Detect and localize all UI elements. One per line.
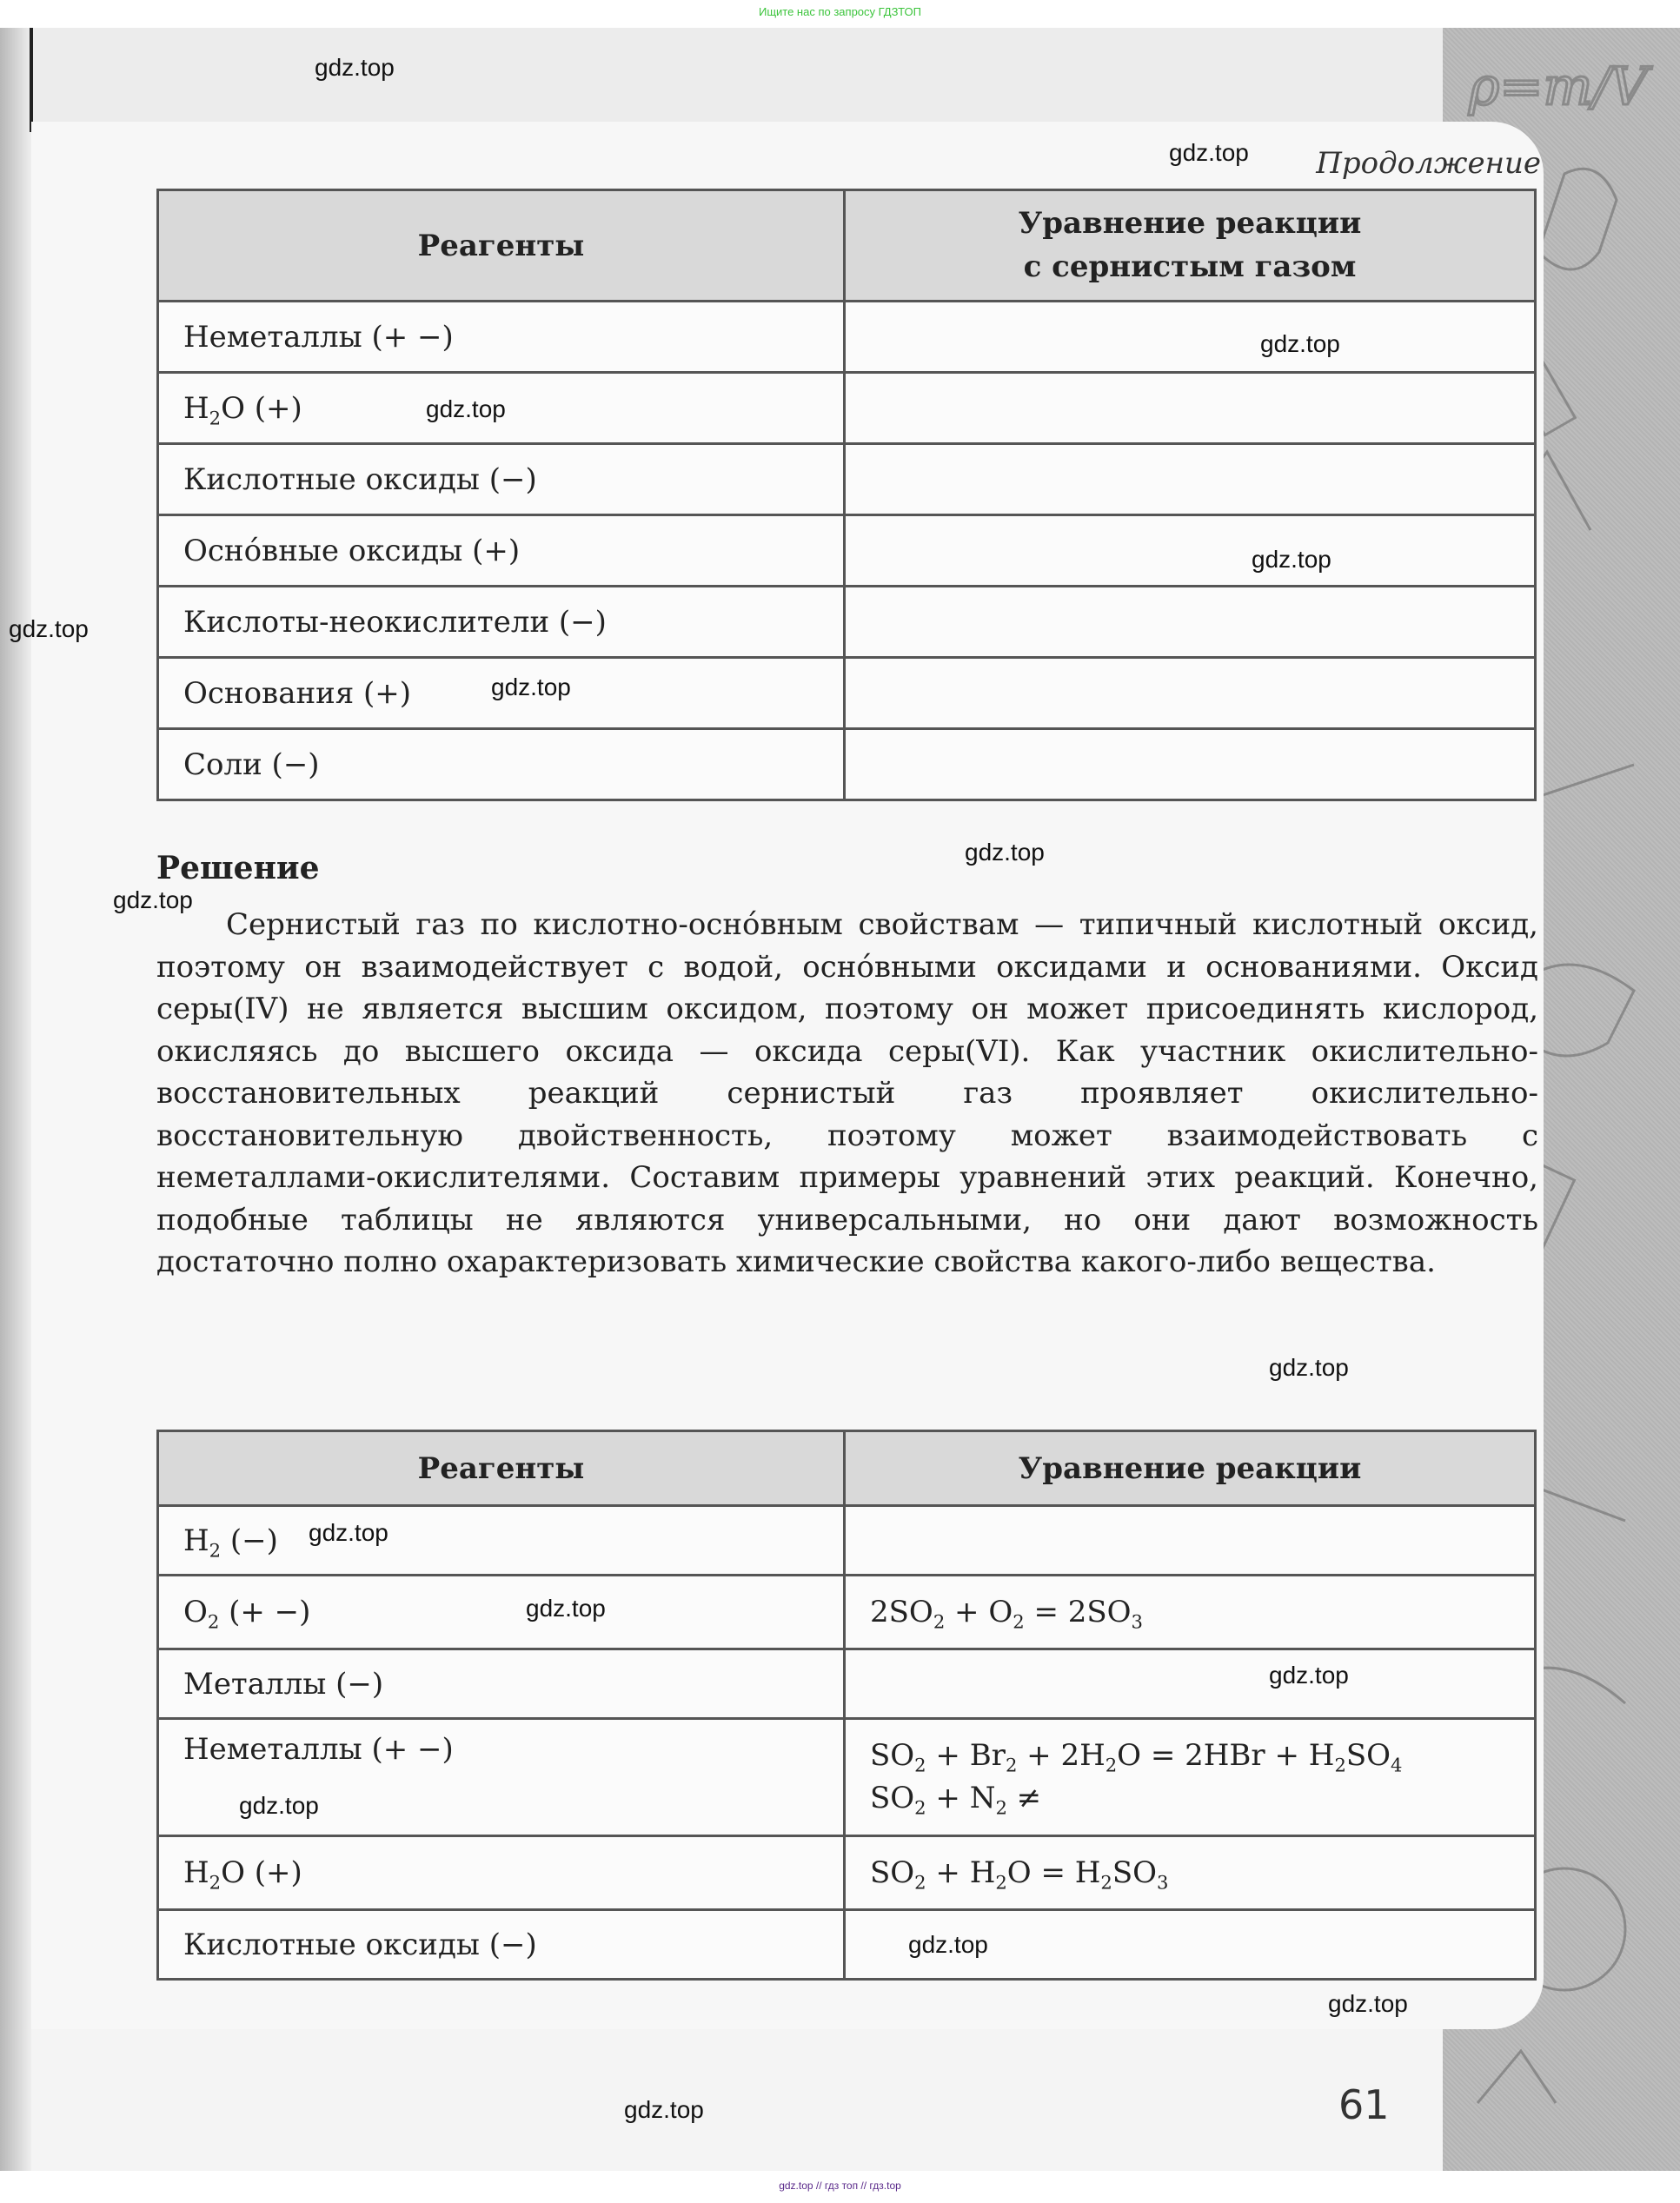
equation-cell	[845, 444, 1536, 515]
watermark: gdz.top	[1328, 1990, 1408, 2018]
reagent-cell: Осно́вные оксиды (+)	[158, 515, 845, 587]
watermark: gdz.top	[309, 1519, 388, 1547]
watermark: gdz.top	[426, 395, 506, 423]
watermark: gdz.top	[908, 1931, 988, 1959]
header-equation: Уравнение реакции	[845, 1431, 1536, 1506]
reagent-cell: H2 (−)	[158, 1506, 845, 1576]
equation-cell	[845, 658, 1536, 729]
reagent-cell: O2 (+ −)	[158, 1576, 845, 1649]
reagent-cell: Кислотные оксиды (−)	[158, 1910, 845, 1980]
solution-heading: Решение	[156, 850, 320, 886]
watermark: gdz.top	[1252, 546, 1331, 574]
table-header-row: Реагенты Уравнение реакции	[158, 1431, 1536, 1506]
page-footer	[31, 2029, 1443, 2171]
reagent-cell: H2O (+)	[158, 1836, 845, 1910]
equation-cell	[845, 1506, 1536, 1576]
equation-cell	[845, 1649, 1536, 1719]
watermark: gdz.top	[239, 1792, 319, 1820]
reagent-cell: Кислотные оксиды (−)	[158, 444, 845, 515]
page-number: 61	[1338, 2081, 1390, 2128]
binding-shadow	[30, 28, 33, 132]
equation-cell: 2SO2 + O2 = 2SO3	[845, 1576, 1536, 1649]
reagent-cell: Металлы (−)	[158, 1649, 845, 1719]
table-row: H2O (+) SO2 + H2O = H2SO3	[158, 1836, 1536, 1910]
watermark: gdz.top	[1169, 139, 1249, 167]
watermark: gdz.top	[526, 1595, 606, 1622]
continuation-label: Продолжение	[1316, 146, 1541, 181]
watermark: gdz.top	[491, 674, 571, 701]
equation-cell	[845, 515, 1536, 587]
watermark: gdz.top	[1269, 1662, 1349, 1689]
svg-text:ρ=m/V: ρ=m/V	[1468, 56, 1653, 117]
watermark: gdz.top	[315, 54, 395, 82]
reagent-cell: Соли (−)	[158, 729, 845, 800]
header-reagents: Реагенты	[158, 1431, 845, 1506]
bottom-links[interactable]: gdz.top // гдз топ // гдз.top	[0, 2180, 1680, 2192]
table-row: Кислоты-неокислители (−)	[158, 587, 1536, 658]
header-reagents: Реагенты	[158, 190, 845, 302]
watermark: gdz.top	[9, 615, 89, 643]
table-row: Кислотные оксиды (−)	[158, 1910, 1536, 1980]
equation-cell: SO2 + Br2 + 2H2O = 2HBr + H2SO4 SO2 + N2…	[845, 1719, 1536, 1836]
equation-cell: SO2 + H2O = H2SO3	[845, 1836, 1536, 1910]
solution-paragraph: Сернистый газ по кислотно-осно́вным свой…	[156, 904, 1538, 1284]
reactions-table-empty: Реагенты Уравнение реакции с сернистым г…	[156, 189, 1537, 801]
table-row: Кислотные оксиды (−)	[158, 444, 1536, 515]
table-row: Неметаллы (+ −) SO2 + Br2 + 2H2O = 2HBr …	[158, 1719, 1536, 1836]
book-binding	[0, 28, 31, 2171]
equation-cell	[845, 587, 1536, 658]
header-equation: Уравнение реакции с сернистым газом	[845, 190, 1536, 302]
watermark: gdz.top	[1269, 1354, 1349, 1382]
search-banner: Ищите нас по запросу ГДЗТОП	[0, 5, 1680, 24]
watermark: gdz.top	[965, 839, 1045, 866]
table-row: Основания (+)	[158, 658, 1536, 729]
reagent-cell: Кислоты-неокислители (−)	[158, 587, 845, 658]
watermark: gdz.top	[113, 886, 193, 914]
equation-cell	[845, 373, 1536, 444]
reagent-cell: Неметаллы (+ −)	[158, 302, 845, 373]
watermark: gdz.top	[624, 2096, 704, 2124]
table-row: H2O (+)	[158, 373, 1536, 444]
equation-cell	[845, 302, 1536, 373]
equation-cell	[845, 729, 1536, 800]
watermark: gdz.top	[1260, 330, 1340, 358]
table-row: Соли (−)	[158, 729, 1536, 800]
reactions-table-filled: Реагенты Уравнение реакции H2 (−) O2 (+ …	[156, 1430, 1537, 1981]
table-row: O2 (+ −) 2SO2 + O2 = 2SO3	[158, 1576, 1536, 1649]
table-header-row: Реагенты Уравнение реакции с сернистым г…	[158, 190, 1536, 302]
